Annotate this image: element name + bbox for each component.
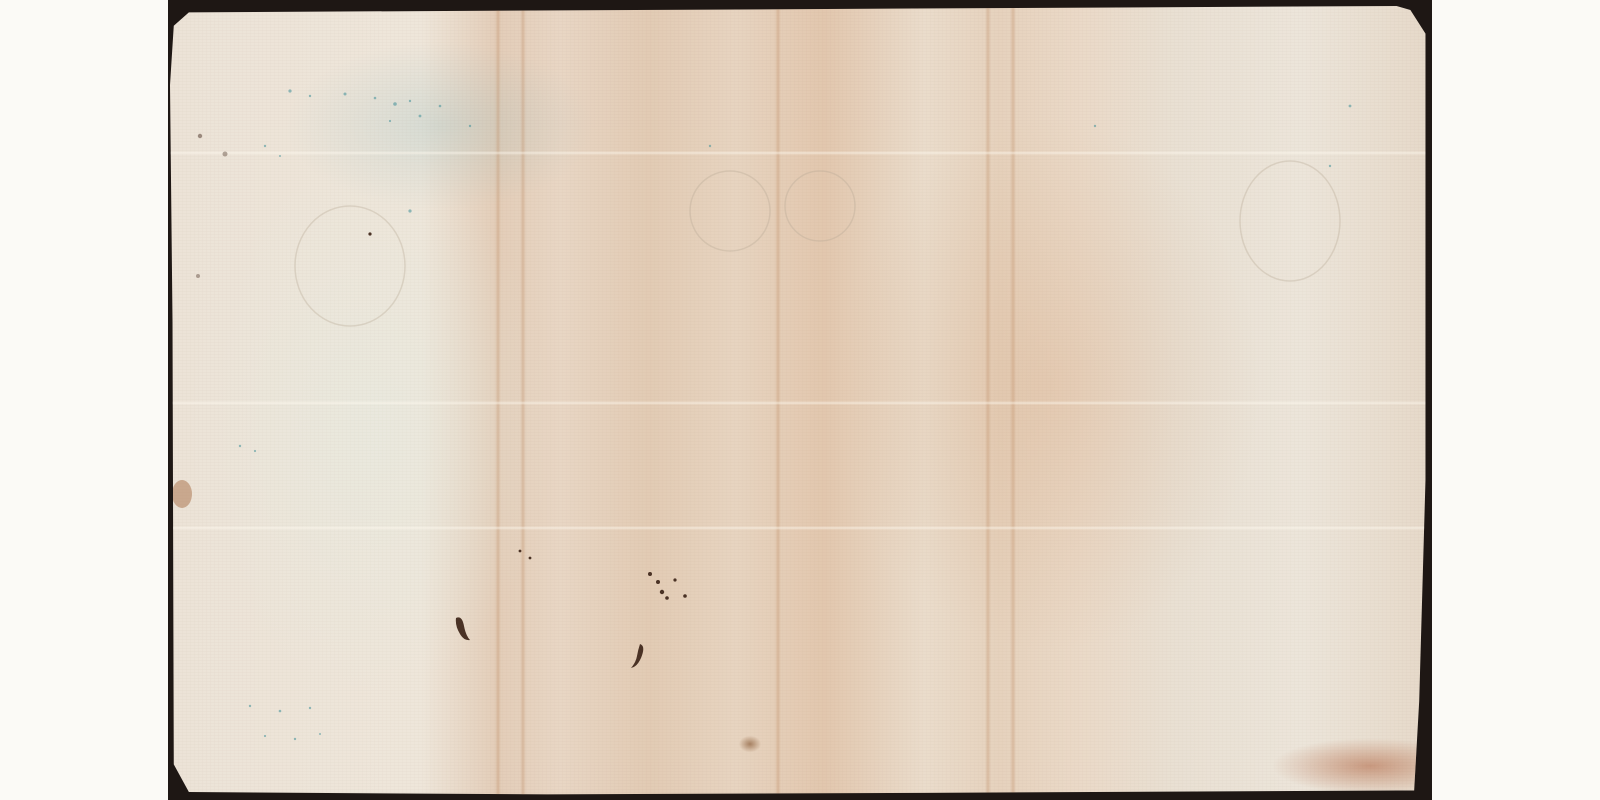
edge-stain <box>172 480 192 508</box>
ink-blot <box>456 617 470 640</box>
ink-blot <box>631 644 643 668</box>
dark-spots <box>196 134 687 668</box>
ink-bleed-through <box>239 89 1352 740</box>
aged-paper-note <box>170 6 1428 796</box>
markings-overlay <box>170 6 1428 796</box>
watermark-arcs <box>295 161 1340 326</box>
